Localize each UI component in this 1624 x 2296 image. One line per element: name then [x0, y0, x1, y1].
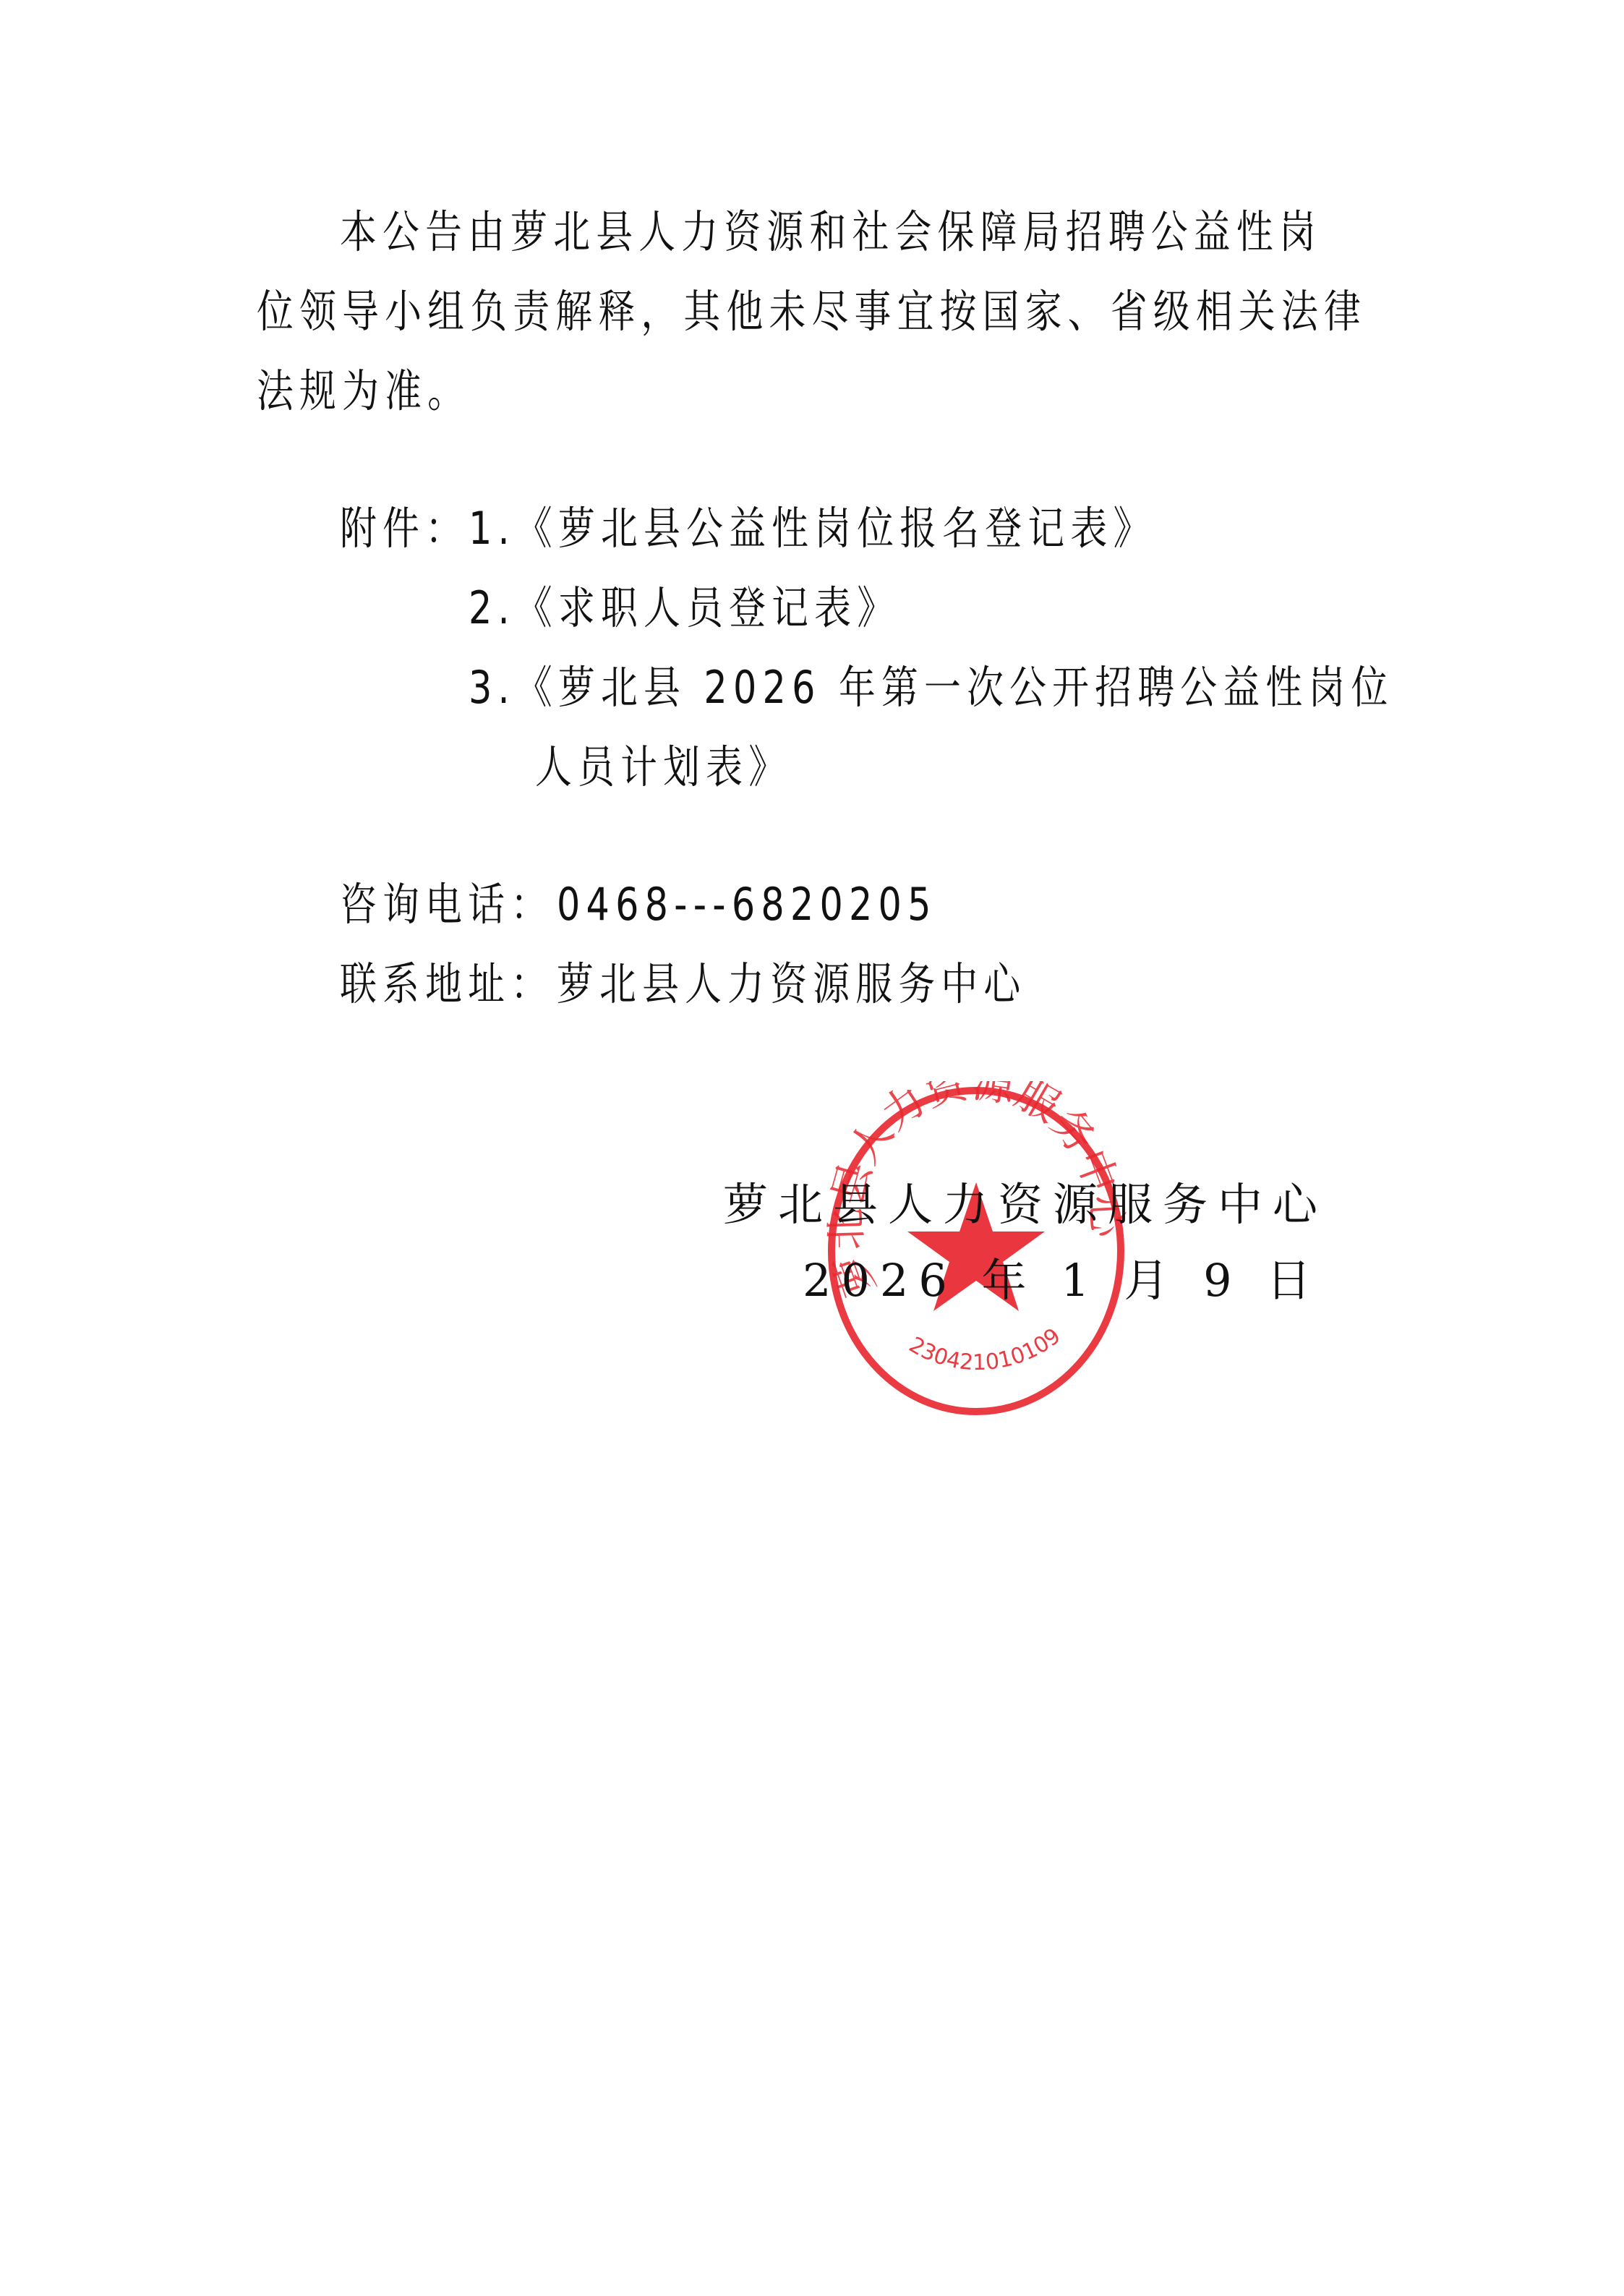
signature-date: 2026 年 1 月 9 日 [803, 1258, 1321, 1303]
signature-org: 萝北县人力资源服务中心 [723, 1182, 1328, 1227]
address-label: 联系地址： [340, 962, 553, 1007]
paragraph-line-1: 本公告由萝北县人力资源和社会保障局招聘公益性岗 [340, 210, 1322, 255]
phone-value: 0468---6820205 [557, 882, 937, 927]
attachment-item-2: 2.《求职人员登记表》 [469, 586, 899, 631]
attachment-item-3: 3.《萝北县 2026 年第一次公开招聘公益性岗位 [469, 665, 1393, 710]
seal-icon: 萝北县人力资源服务中心 2304210101094 [821, 1081, 1132, 1421]
attachment-item-3-continuation: 人员计划表》 [535, 745, 791, 790]
address-value: 萝北县人力资源服务中心 [557, 962, 1026, 1007]
phone-label: 咨询电话： [340, 882, 553, 927]
paragraph-line-2: 位领导小组负责解释，其他未尽事宜按国家、省级相关法律 [257, 289, 1367, 334]
attachments-label: 附件： [340, 506, 468, 551]
attachment-item-1: 1.《萝北县公益性岗位报名登记表》 [469, 506, 1156, 551]
official-seal: 萝北县人力资源服务中心 2304210101094 [821, 1081, 1132, 1421]
paragraph-line-3: 法规为准。 [257, 369, 470, 414]
